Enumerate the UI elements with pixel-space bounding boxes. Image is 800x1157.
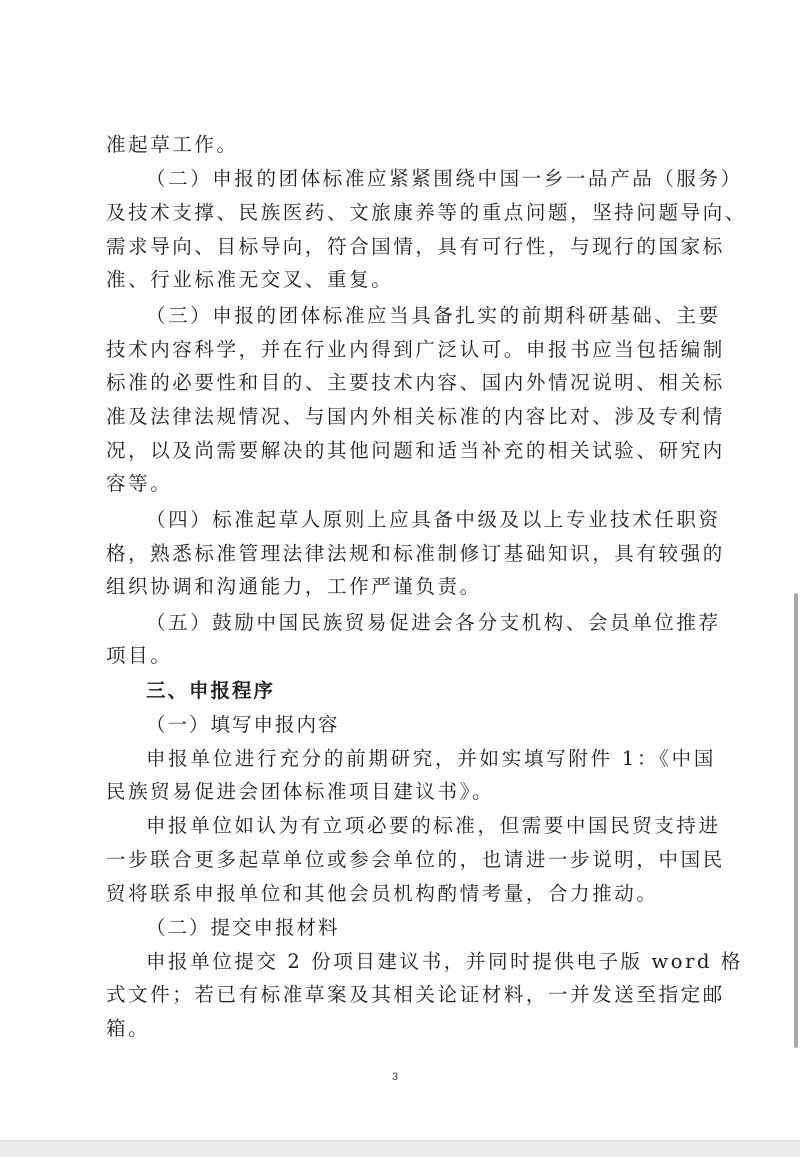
- subsection-heading: （二）提交申报材料: [146, 916, 716, 940]
- paragraph-line: 标准的必要性和目的、主要技术内容、国内外情况说明、相关标: [106, 371, 716, 395]
- paragraph-line: 贸将联系申报单位和其他会员机构酌情考量，合力推动。: [106, 882, 716, 906]
- paragraph-line: （四）标准起草人原则上应具备中级及以上专业技术任职资: [146, 508, 716, 532]
- paragraph-line: 一步联合更多起草单位或参会单位的，也请进一步说明，中国民: [106, 848, 716, 872]
- paragraph-line: （五）鼓励中国民族贸易促进会各分支机构、会员单位推荐: [146, 611, 716, 635]
- paragraph-line: 格，熟悉标准管理法律法规和标准制修订基础知识，具有较强的: [106, 542, 716, 566]
- paragraph-line: 申报单位进行充分的前期研究，并如实填写附件 1：《中国: [146, 747, 716, 771]
- paragraph-line: （二）申报的团体标准应紧紧围绕中国一乡一品产品（服务）: [146, 167, 716, 191]
- paragraph-line: 准起草工作。: [106, 133, 716, 157]
- paragraph-line: 申报单位如认为有立项必要的标准，但需要中国民贸支持进: [146, 814, 716, 838]
- paragraph-line: 容等。: [106, 472, 716, 496]
- paragraph-line: 式文件；若已有标准草案及其相关论证材料，一并发送至指定邮: [106, 983, 716, 1007]
- bottom-toolbar: [0, 1140, 800, 1157]
- paragraph-line: 准、行业标准无交叉、重复。: [106, 268, 716, 292]
- document-page: 准起草工作。（二）申报的团体标准应紧紧围绕中国一乡一品产品（服务）及技术支撑、民…: [0, 0, 800, 1140]
- vertical-scrollbar-thumb[interactable]: [794, 593, 798, 1048]
- paragraph-line: 准及法律法规情况、与国内外相关标准的内容比对、涉及专利情: [106, 405, 716, 429]
- paragraph-line: 需求导向、目标导向，符合国情，具有可行性，与现行的国家标: [106, 235, 716, 259]
- paragraph-line: 组织协调和沟通能力，工作严谨负责。: [106, 575, 716, 599]
- paragraph-line: 况，以及尚需要解决的其他问题和适当补充的相关试验、研究内: [106, 439, 716, 463]
- paragraph-line: 及技术支撑、民族医药、文旅康养等的重点问题，坚持问题导向、: [106, 201, 716, 225]
- paragraph-line: 箱。: [106, 1017, 716, 1041]
- paragraph-line: 申报单位提交 2 份项目建议书，并同时提供电子版 word 格: [146, 950, 716, 974]
- subsection-heading: （一）填写申报内容: [146, 713, 716, 737]
- section-heading: 三、申报程序: [146, 679, 716, 703]
- paragraph-line: 民族贸易促进会团体标准项目建议书》。: [106, 780, 716, 804]
- paragraph-line: 项目。: [106, 644, 716, 668]
- paragraph-line: （三）申报的团体标准应当具备扎实的前期科研基础、主要: [146, 304, 716, 328]
- page-number: 3: [392, 1071, 398, 1083]
- paragraph-line: 技术内容科学，并在行业内得到广泛认可。申报书应当包括编制: [106, 338, 716, 362]
